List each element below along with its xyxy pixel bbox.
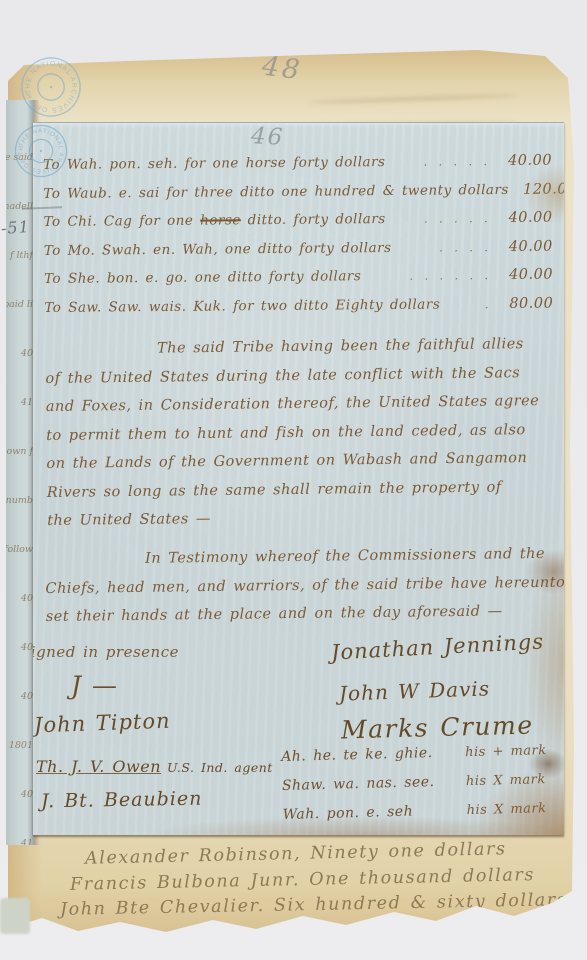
ledger-row: To Mo. Swah. en. Wah, one ditto forty do…: [44, 238, 553, 271]
addendum-line: Francis Bulbona Junr. One thousand dolla…: [70, 865, 535, 895]
bottom-left-page-corner: [0, 898, 30, 934]
ledger-amount: 80.00: [497, 295, 553, 311]
ledger-amount: 40.00: [496, 153, 552, 169]
document-photo: 48 Alexander Robinson, Ninety one dollar…: [0, 0, 587, 960]
chief-mark-row: Wah. pon. e. seh his X mark: [283, 800, 564, 835]
signature-th-jv-owen: Th. J. V. OwenU.S. Ind. agent: [36, 757, 273, 776]
testimony-clause: In Testimony whereof the Commissioners a…: [45, 546, 551, 638]
ledger-entry: To Waub. e. sai for three ditto one hund…: [43, 181, 509, 201]
ledger-row: To She. bon. e. go. one ditto forty doll…: [44, 267, 553, 300]
ledger-amount: 40.00: [497, 238, 553, 254]
dot-leader: . . . .: [391, 241, 496, 255]
bleed-through-line: [308, 93, 518, 104]
ledger-entry: To Chi. Cag for one horse ditto. forty d…: [43, 211, 385, 230]
ledger-row: To Saw. Saw. wais. Kuk. for two ditto Ei…: [44, 295, 553, 328]
chief-name: Wah. pon. e. seh: [283, 802, 467, 823]
addendum-line: John Bte Chevalier. Six hundred & sixty …: [60, 890, 568, 920]
addendum-line: Alexander Robinson, Ninety one dollars: [85, 839, 507, 869]
dot-leader: . . . . .: [385, 155, 496, 169]
signature-marks-crume: Marks Crume: [341, 710, 534, 744]
ledger-amount: 120.00: [521, 181, 564, 197]
witness-name: Th. J. V. Owen: [36, 757, 161, 776]
signature-flourish: J —: [71, 671, 117, 700]
signature-jb-beaubien: J. Bt. Beaubien: [41, 788, 203, 813]
pencil-page-number-46: 46: [250, 123, 285, 151]
signature-jonathan-jennings: Jonathan Jennings: [331, 629, 545, 664]
chief-name: Ah. he. te ke. ghie.: [281, 744, 465, 765]
chiefs-marks-block: Ah. he. te ke. ghie. his + mark Shaw. wa…: [281, 742, 563, 835]
signature-john-tipton: John Tipton: [34, 709, 171, 738]
pencil-margin-note: -51: [0, 217, 30, 238]
page-46-sheet: 46 To Wah. pon. seh. for one horse forty…: [33, 122, 564, 835]
signature-john-w-davis: John W Davis: [339, 676, 491, 705]
his-mark-label: his + mark: [465, 743, 561, 761]
ledger-amount: 40.00: [497, 267, 553, 283]
chief-name: Shaw. wa. nas. see.: [282, 773, 466, 794]
pencil-page-number-48: 48: [260, 51, 304, 87]
ledger-entry: To Mo. Swah. en. Wah, one ditto forty do…: [44, 239, 392, 258]
ledger-row: To Waub. e. sai for three ditto one hund…: [43, 181, 552, 214]
dot-leader: . . . . . .: [361, 269, 497, 283]
ledger-entry: To She. bon. e. go. one ditto forty doll…: [44, 268, 361, 287]
allies-clause: The said Tribe having been the faithful …: [45, 336, 552, 542]
clause-line: the United States —: [47, 507, 552, 542]
his-mark-label: his X mark: [466, 801, 562, 819]
ledger-row: To Chi. Cag for one horse ditto. forty d…: [43, 210, 552, 243]
witness-title: U.S. Ind. agent: [161, 760, 273, 775]
payment-ledger: To Wah. pon. seh. for one horse forty do…: [43, 153, 553, 328]
dot-leader: . . . . .: [386, 212, 497, 226]
ledger-entry: To Saw. Saw. wais. Kuk. for two ditto Ei…: [44, 296, 440, 315]
his-mark-label: his X mark: [466, 772, 562, 790]
dot-leader: .: [440, 298, 497, 311]
signed-in-presence-label: Signed in presence: [33, 643, 179, 661]
ledger-amount: 40.00: [496, 210, 552, 226]
ledger-row: To Wah. pon. seh. for one horse forty do…: [43, 153, 552, 186]
ledger-entry: To Wah. pon. seh. for one horse forty do…: [43, 154, 385, 173]
